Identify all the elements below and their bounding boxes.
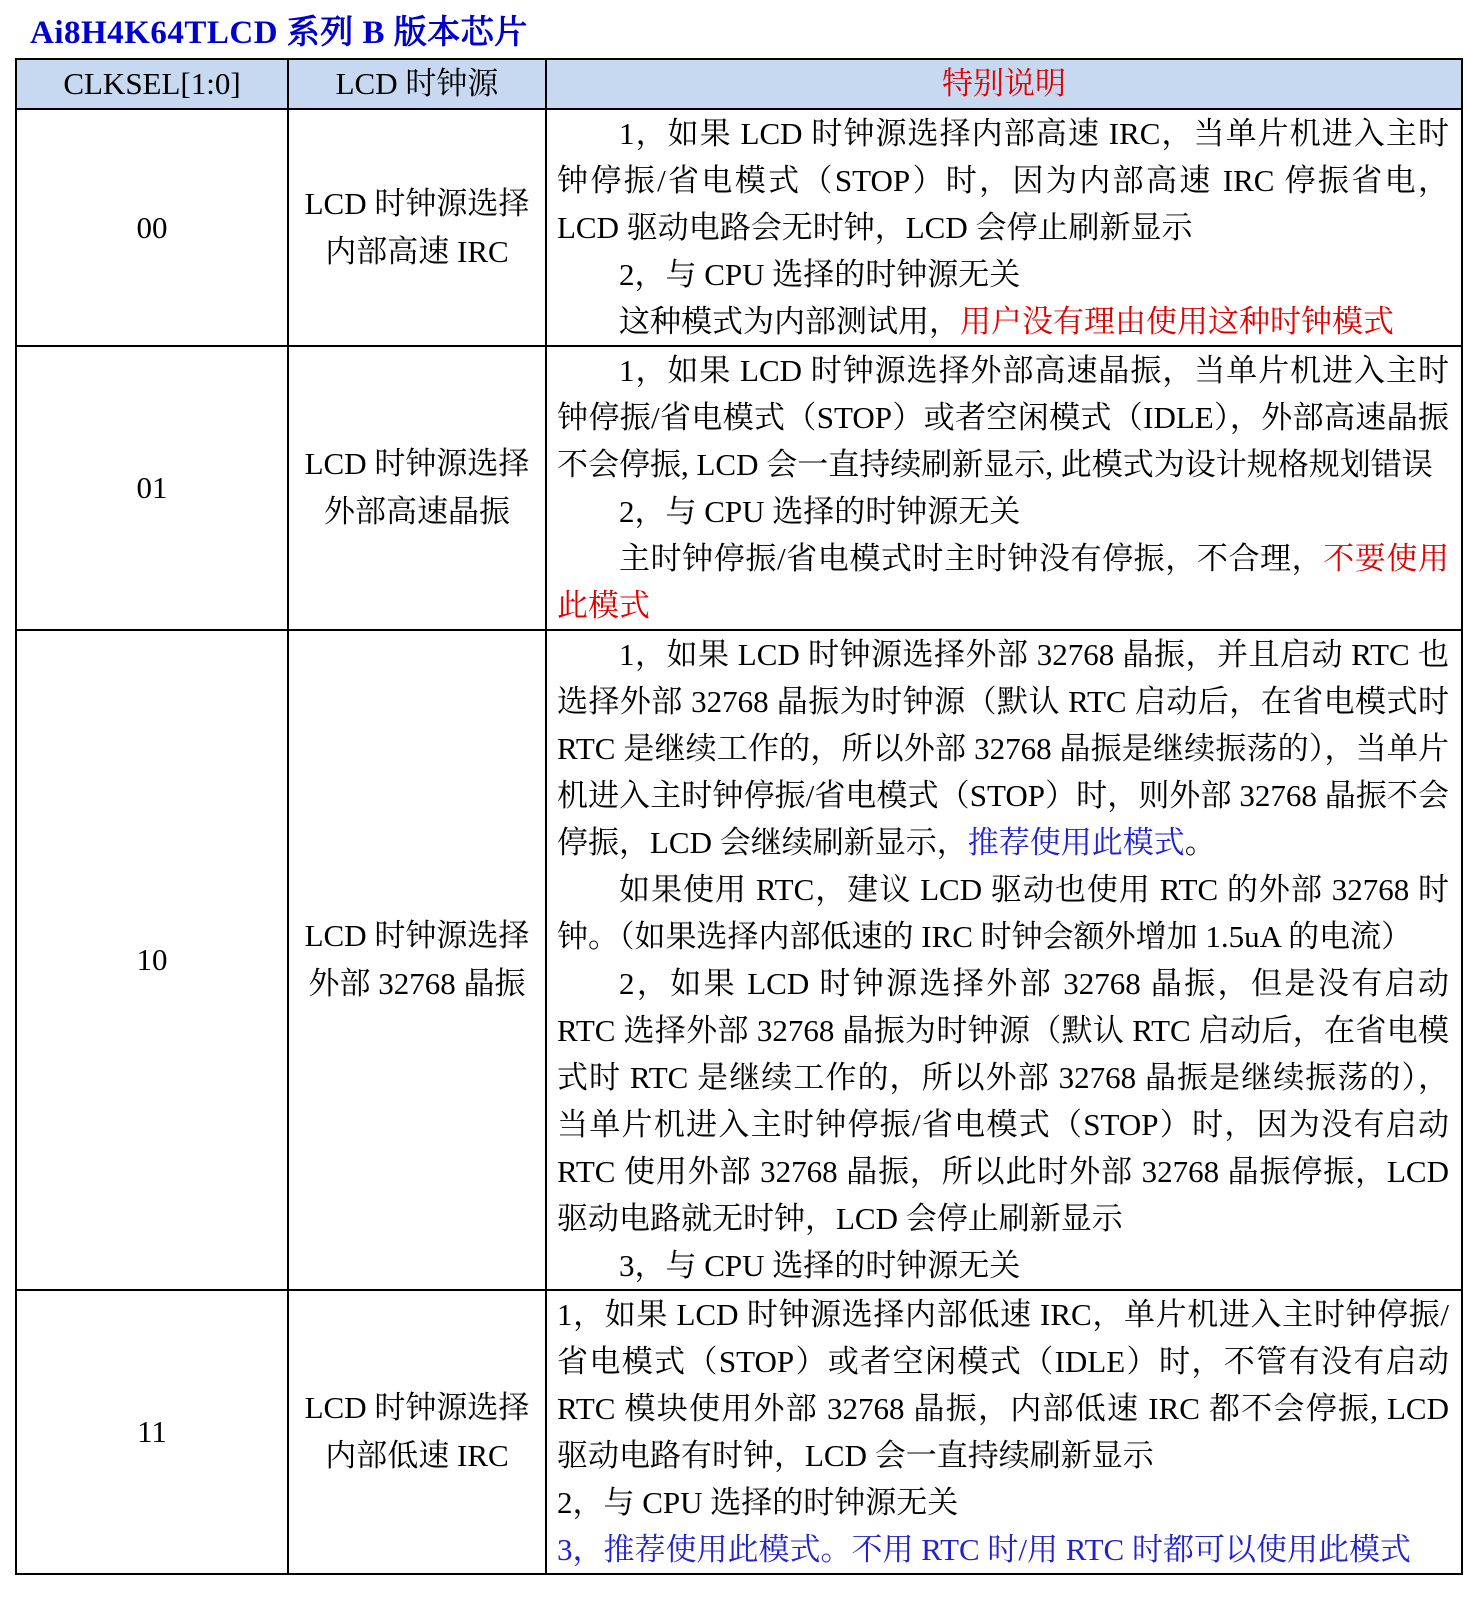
cell-clock-source: LCD 时钟源选择外部 32768 晶振 [288,630,546,1290]
note-segment: 2，与 CPU 选择的时钟源无关 [557,1485,958,1520]
note-paragraph: 3，与 CPU 选择的时钟源无关 [557,1242,1449,1289]
cell-clksel-value: 01 [16,346,288,630]
clock-source-line: 内部高速 IRC [295,228,539,276]
cell-clksel-value: 00 [16,109,288,346]
note-segment: 2，与 CPU 选择的时钟源无关 [619,494,1020,529]
table-row: 01LCD 时钟源选择外部高速晶振1，如果 LCD 时钟源选择外部高速晶振，当单… [16,346,1462,630]
clksel-table: CLKSEL[1:0] LCD 时钟源 特别说明 00LCD 时钟源选择内部高速… [15,58,1463,1575]
clock-source-line: LCD 时钟源选择 [295,912,539,960]
page: Ai8H4K64TLCD 系列 B 版本芯片 CLKSEL[1:0] LCD 时… [0,6,1467,1575]
table-header-row: CLKSEL[1:0] LCD 时钟源 特别说明 [16,59,1462,109]
table-row: 00LCD 时钟源选择内部高速 IRC1，如果 LCD 时钟源选择内部高速 IR… [16,109,1462,346]
note-segment: 3，与 CPU 选择的时钟源无关 [619,1248,1020,1283]
cell-clksel-value: 10 [16,630,288,1290]
note-segment: 主时钟停振/省电模式时主时钟没有停振，不合理， [619,541,1323,576]
note-paragraph: 1，如果 LCD 时钟源选择外部高速晶振，当单片机进入主时钟停振/省电模式（ST… [557,347,1449,488]
note-segment: 1，如果 LCD 时钟源选择外部高速晶振，当单片机进入主时钟停振/省电模式（ST… [557,353,1449,482]
cell-clock-source: LCD 时钟源选择内部低速 IRC [288,1290,546,1574]
table-row: 10LCD 时钟源选择外部 32768 晶振1，如果 LCD 时钟源选择外部 3… [16,630,1462,1290]
note-paragraph: 2，与 CPU 选择的时钟源无关 [557,488,1449,535]
table-body: 00LCD 时钟源选择内部高速 IRC1，如果 LCD 时钟源选择内部高速 IR… [16,109,1462,1574]
clock-source-line: LCD 时钟源选择 [295,1384,539,1432]
header-special-notes: 特别说明 [546,59,1462,109]
clock-source-line: 外部 32768 晶振 [295,960,539,1008]
table-row: 11LCD 时钟源选择内部低速 IRC1，如果 LCD 时钟源选择内部低速 IR… [16,1290,1462,1574]
note-paragraph: 如果使用 RTC，建议 LCD 驱动也使用 RTC 的外部 32768 时钟。（… [557,866,1449,960]
note-segment: 1，如果 LCD 时钟源选择内部高速 IRC，当单片机进入主时钟停振/省电模式（… [557,116,1449,245]
note-paragraph: 主时钟停振/省电模式时主时钟没有停振，不合理，不要使用此模式 [557,535,1449,629]
note-paragraph: 2，与 CPU 选择的时钟源无关 [557,1479,1449,1526]
note-paragraph: 1，如果 LCD 时钟源选择内部低速 IRC，单片机进入主时钟停振/省电模式（S… [557,1291,1449,1479]
page-title: Ai8H4K64TLCD 系列 B 版本芯片 [30,6,1467,53]
note-segment: 推荐使用此模式 [968,825,1185,860]
note-paragraph: 1，如果 LCD 时钟源选择内部高速 IRC，当单片机进入主时钟停振/省电模式（… [557,110,1449,251]
cell-special-notes: 1，如果 LCD 时钟源选择外部高速晶振，当单片机进入主时钟停振/省电模式（ST… [546,346,1462,630]
cell-clock-source: LCD 时钟源选择内部高速 IRC [288,109,546,346]
note-segment: 3，推荐使用此模式。不用 RTC 时/用 RTC 时都可以使用此模式 [557,1532,1411,1567]
clock-source-line: 内部低速 IRC [295,1432,539,1480]
header-clksel: CLKSEL[1:0] [16,59,288,109]
note-segment: 2，与 CPU 选择的时钟源无关 [619,257,1020,292]
note-paragraph: 这种模式为内部测试用，用户没有理由使用这种时钟模式 [557,298,1449,345]
cell-special-notes: 1，如果 LCD 时钟源选择内部低速 IRC，单片机进入主时钟停振/省电模式（S… [546,1290,1462,1574]
note-segment: 这种模式为内部测试用， [619,304,960,339]
note-paragraph: 2，与 CPU 选择的时钟源无关 [557,251,1449,298]
note-segment: 2，如果 LCD 时钟源选择外部 32768 晶振，但是没有启动 RTC 选择外… [557,966,1449,1236]
note-segment: 。 [1185,825,1216,860]
note-paragraph: 1，如果 LCD 时钟源选择外部 32768 晶振，并且启动 RTC 也选择外部… [557,631,1449,866]
note-segment: 如果使用 RTC，建议 LCD 驱动也使用 RTC 的外部 32768 时钟。（… [557,872,1449,954]
note-segment: 用户没有理由使用这种时钟模式 [960,304,1394,339]
clock-source-line: LCD 时钟源选择 [295,180,539,228]
clock-source-line: LCD 时钟源选择 [295,440,539,488]
cell-special-notes: 1，如果 LCD 时钟源选择内部高速 IRC，当单片机进入主时钟停振/省电模式（… [546,109,1462,346]
note-segment: 1，如果 LCD 时钟源选择内部低速 IRC，单片机进入主时钟停振/省电模式（S… [557,1297,1449,1473]
clock-source-line: 外部高速晶振 [295,488,539,536]
cell-clksel-value: 11 [16,1290,288,1574]
cell-special-notes: 1，如果 LCD 时钟源选择外部 32768 晶振，并且启动 RTC 也选择外部… [546,630,1462,1290]
cell-clock-source: LCD 时钟源选择外部高速晶振 [288,346,546,630]
header-clock-source: LCD 时钟源 [288,59,546,109]
note-paragraph: 3，推荐使用此模式。不用 RTC 时/用 RTC 时都可以使用此模式 [557,1526,1449,1573]
note-paragraph: 2，如果 LCD 时钟源选择外部 32768 晶振，但是没有启动 RTC 选择外… [557,960,1449,1242]
